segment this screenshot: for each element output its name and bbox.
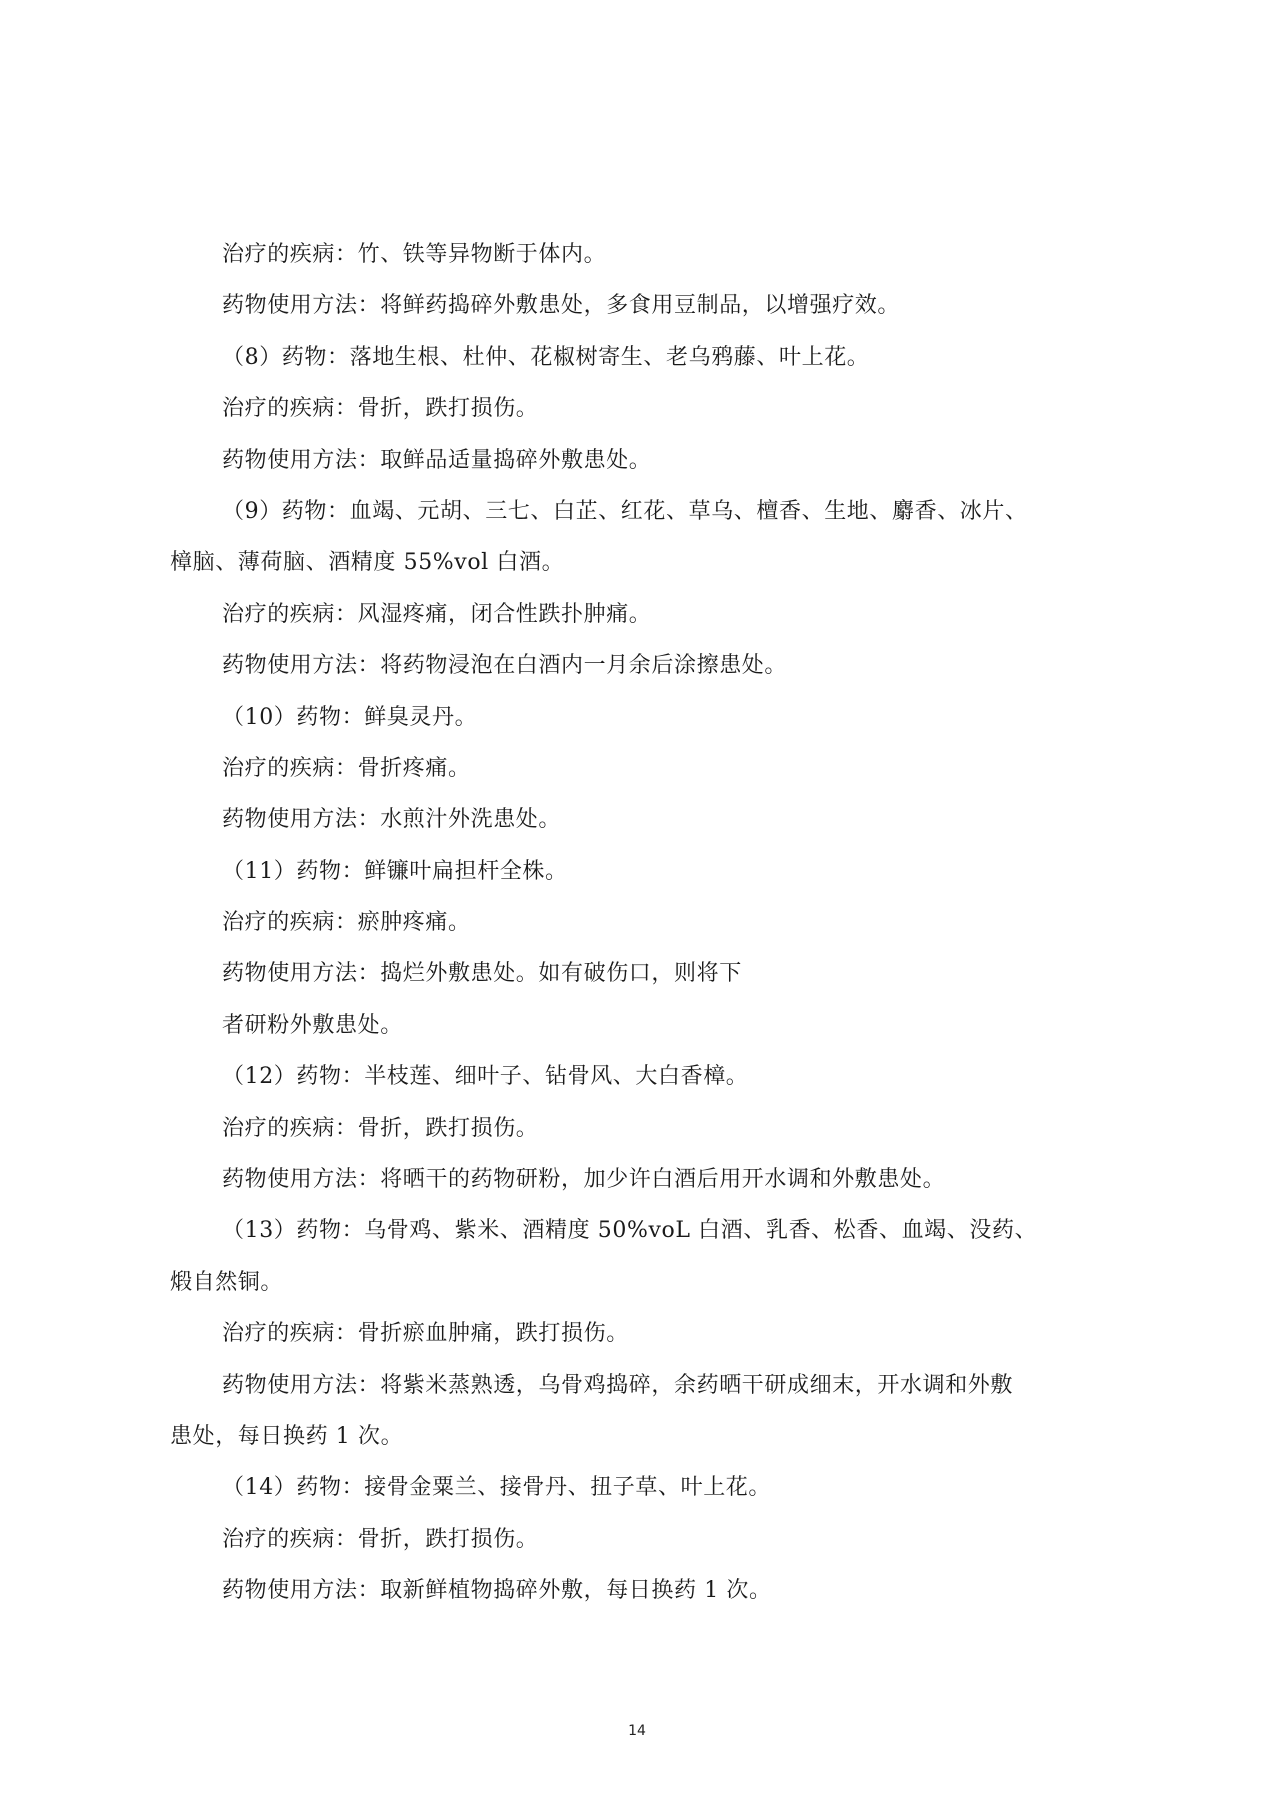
text-line: 药物使用方法：水煎汁外洗患处。	[170, 801, 1110, 852]
text-line: （13）药物：乌骨鸡、紫米、酒精度 50%voL 白酒、乳香、松香、血竭、没药、	[170, 1212, 1110, 1263]
text-line: 者研粉外敷患处。	[170, 1007, 1110, 1058]
text-line: （8）药物：落地生根、杜仲、花椒树寄生、老乌鸦藤、叶上花。	[170, 339, 1110, 390]
text-line: 治疗的疾病：骨折，跌打损伤。	[170, 1110, 1110, 1161]
text-line: （12）药物：半枝莲、细叶子、钻骨风、大白香樟。	[170, 1058, 1110, 1109]
body-text: 治疗的疾病：竹、铁等异物断于体内。 药物使用方法：将鲜药捣碎外敷患处，多食用豆制…	[170, 236, 1110, 1624]
text-line: （10）药物：鲜臭灵丹。	[170, 699, 1110, 750]
text-line: 治疗的疾病：骨折，跌打损伤。	[170, 1521, 1110, 1572]
text-line: 治疗的疾病：竹、铁等异物断于体内。	[170, 236, 1110, 287]
text-line: 治疗的疾病：骨折疼痛。	[170, 750, 1110, 801]
text-line: （14）药物：接骨金粟兰、接骨丹、扭子草、叶上花。	[170, 1469, 1110, 1520]
text-line: （9）药物：血竭、元胡、三七、白芷、红花、草乌、檀香、生地、麝香、冰片、	[170, 493, 1110, 544]
text-line: 药物使用方法：将紫米蒸熟透，乌骨鸡捣碎，余药晒干研成细末，开水调和外敷	[170, 1367, 1110, 1418]
text-line: 药物使用方法：取新鲜植物捣碎外敷，每日换药 1 次。	[170, 1572, 1110, 1623]
text-line: 药物使用方法：取鲜品适量捣碎外敷患处。	[170, 442, 1110, 493]
page-number: 14	[0, 1723, 1274, 1739]
text-line: 药物使用方法：将晒干的药物研粉，加少许白酒后用开水调和外敷患处。	[170, 1161, 1110, 1212]
text-line: 药物使用方法：捣烂外敷患处。如有破伤口，则将下	[170, 955, 1110, 1006]
text-line: 治疗的疾病：骨折瘀血肿痛，跌打损伤。	[170, 1315, 1110, 1366]
text-line: 樟脑、薄荷脑、酒精度 55%vol 白酒。	[170, 544, 1110, 595]
text-line: 煅自然铜。	[170, 1264, 1110, 1315]
text-line: 治疗的疾病：骨折，跌打损伤。	[170, 390, 1110, 441]
text-line: 治疗的疾病：风湿疼痛，闭合性跌扑肿痛。	[170, 596, 1110, 647]
text-line: 治疗的疾病：瘀肿疼痛。	[170, 904, 1110, 955]
text-line: 药物使用方法：将鲜药捣碎外敷患处，多食用豆制品，以增强疗效。	[170, 287, 1110, 338]
text-line: 药物使用方法：将药物浸泡在白酒内一月余后涂擦患处。	[170, 647, 1110, 698]
text-line: （11）药物：鲜镰叶扁担杆全株。	[170, 853, 1110, 904]
document-page: 治疗的疾病：竹、铁等异物断于体内。 药物使用方法：将鲜药捣碎外敷患处，多食用豆制…	[0, 0, 1274, 1801]
text-line: 患处，每日换药 1 次。	[170, 1418, 1110, 1469]
